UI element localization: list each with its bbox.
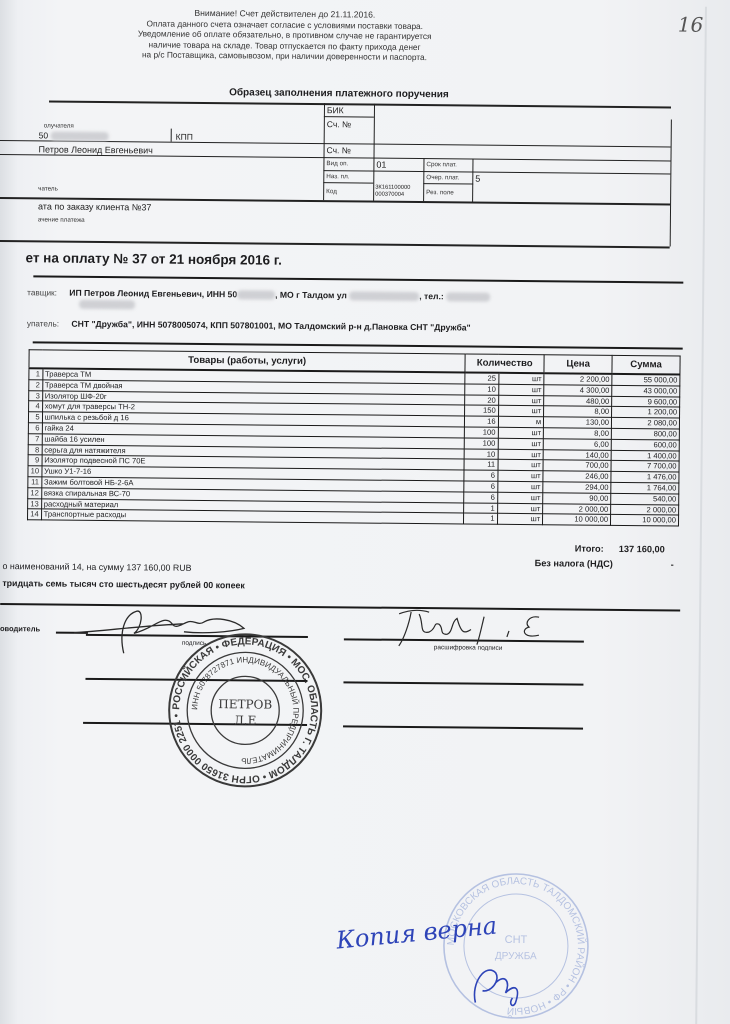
payment-sample-box: олучателя 50 КПП Петров Леонид Евгеньеви…: [0, 100, 671, 246]
cell-unit: шт: [498, 395, 544, 406]
ocher-label: Очер. плат.: [426, 174, 459, 181]
cell-sum: 10 000,00: [611, 515, 679, 526]
blue-signature-icon: [460, 952, 531, 1013]
handwritten-name-icon: [389, 604, 589, 651]
buyer-label: упатель:: [27, 319, 59, 328]
paper-edge: [695, 7, 707, 1024]
divider: [323, 103, 325, 200]
cell-qty: 1: [464, 513, 498, 524]
cell-qty: 100: [464, 427, 498, 438]
cell-unit: шт: [497, 481, 543, 492]
recipient-name: Петров Леонид Евгеньевич: [39, 144, 153, 155]
cell-qty: 25: [465, 372, 499, 384]
recipient-inn-label: олучателя: [44, 122, 74, 129]
supplier-name: ИП Петров Леонид Евгеньевич, ИНН 50: [69, 288, 237, 300]
invoice-title: ет на оплату № 37 от 21 ноября 2016 г.: [25, 250, 281, 267]
cell-price: 90,00: [543, 493, 611, 504]
cell-n: 6: [28, 423, 42, 434]
cell-qty: 20: [465, 395, 499, 406]
cell-sum: 800,00: [611, 428, 679, 439]
supplier-line-2: [79, 299, 135, 310]
cell-sum: 540,00: [611, 493, 679, 504]
cell-unit: шт: [498, 460, 544, 471]
redacted: [237, 291, 275, 300]
cell-unit: шт: [498, 438, 544, 449]
rez-label: Рез. поле: [426, 189, 454, 196]
bik-label: БИК: [327, 105, 344, 115]
cell-price: 4 300,00: [544, 385, 612, 396]
cell-n: 12: [28, 488, 42, 499]
ocher-value: 5: [475, 174, 480, 184]
vid-op-label: Вид оп.: [326, 160, 348, 167]
cell-unit: шт: [497, 503, 543, 514]
supplier-address: , МО г Талдом ул: [275, 290, 347, 301]
col-sum: Сумма: [612, 355, 680, 374]
cell-sum: 2 080,00: [612, 418, 680, 429]
cell-n: 4: [29, 401, 43, 412]
divider: [49, 100, 671, 107]
naz-pl-label: Наз. пл.: [326, 173, 349, 180]
cell-sum: 7 700,00: [611, 461, 679, 472]
cell-n: 7: [28, 434, 42, 445]
cell-price: 130,00: [544, 417, 612, 428]
cell-unit: шт: [498, 406, 544, 417]
cell-n: 9: [28, 455, 42, 466]
cell-sum: 2 000,00: [611, 504, 679, 515]
redacted-inn: [50, 132, 108, 142]
cell-price: 8,00: [544, 428, 612, 439]
signature-block: оводитель подпись расшифровка подписи: [0, 0, 730, 7]
sig-line: [343, 725, 583, 729]
cell-unit: м: [498, 416, 544, 427]
cell-qty: 100: [464, 438, 498, 449]
cell-price: 294,00: [543, 482, 611, 493]
items-count-line: о наименований 14, на сумму 137 160,00 R…: [3, 561, 192, 573]
corr-account-label: Сч. №: [327, 145, 351, 155]
divider: [171, 129, 172, 142]
stamp2-center-1: СНТ: [505, 934, 528, 946]
title-rule: [33, 275, 683, 283]
srok-label: Срок плат.: [426, 161, 457, 168]
cell-price: 2 000,00: [543, 503, 611, 514]
head-label: оводитель: [0, 624, 40, 633]
cell-sum: 1 400,00: [611, 450, 679, 461]
buyer-line: упатель: СНТ "Дружба", ИНН 5078005074, К…: [27, 318, 471, 332]
cell-unit: шт: [497, 492, 543, 503]
redacted: [446, 293, 490, 302]
cell-qty: 10: [465, 384, 499, 395]
cell-n: 13: [28, 498, 42, 509]
cell-sum: 1 764,00: [611, 482, 679, 493]
cell-price: 700,00: [543, 460, 611, 471]
vat-label: Без налога (НДС): [535, 558, 613, 569]
cell-qty: 6: [464, 470, 498, 481]
invoice-page: Внимание! Счет действителен до 21.11.201…: [0, 0, 730, 1024]
cell-unit: шт: [498, 384, 544, 395]
stamp-center-2: Л.Е: [234, 713, 257, 727]
cell-n: 1: [29, 368, 43, 379]
cell-unit: шт: [497, 514, 543, 525]
stamp-center-1: ПЕТРОВ: [218, 697, 272, 712]
cell-qty: 1: [464, 503, 498, 514]
cell-unit: шт: [498, 470, 544, 481]
col-qty: Количество: [465, 354, 544, 373]
divider: [323, 170, 670, 174]
cell-n: 14: [28, 509, 42, 520]
sig-line: [343, 681, 583, 685]
cell-qty: 11: [464, 459, 498, 470]
cell-price: 10 000,00: [543, 514, 611, 525]
notice-line: на р/с Поставщика, самовывозом, при нали…: [119, 49, 449, 63]
payment-purpose-label: ачение платежа: [38, 216, 85, 223]
cell-price: 246,00: [543, 471, 611, 482]
vid-op-value: 01: [376, 160, 386, 170]
cell-price: 8,00: [544, 406, 612, 417]
divider: [0, 240, 670, 248]
recipient-inn: 50: [39, 130, 109, 141]
cell-sum: 55 000,00: [612, 374, 680, 386]
divider: [472, 159, 473, 202]
vat-value: -: [671, 559, 674, 569]
total-value: 137 160,00: [619, 544, 665, 554]
payment-purpose: ата по заказу клиента №37: [38, 201, 151, 212]
cell-unit: шт: [498, 427, 544, 438]
cell-sum: 1 200,00: [612, 407, 680, 418]
cell-qty: 6: [464, 492, 498, 503]
redacted: [349, 292, 419, 302]
divider: [670, 119, 672, 246]
redacted: [79, 300, 135, 310]
cell-price: 6,00: [543, 439, 611, 450]
cell-sum: 1 476,00: [611, 472, 679, 483]
supplier-label: тавщик:: [27, 288, 57, 297]
cell-sum: 600,00: [611, 439, 679, 450]
supplier-phone-label: , тел.:: [419, 291, 444, 301]
cell-n: 2: [29, 380, 43, 391]
cell-sum: 9 600,00: [612, 396, 680, 407]
cell-qty: 150: [465, 405, 499, 416]
account-label: Сч. №: [327, 119, 351, 129]
cell-qty: 6: [464, 481, 498, 492]
cell-price: 140,00: [543, 449, 611, 460]
inn-prefix: 50: [39, 130, 49, 140]
cell-qty: 10: [464, 449, 498, 460]
divider: [323, 182, 373, 183]
cell-price: 480,00: [544, 395, 612, 406]
handwritten-page-number: 16: [678, 13, 704, 37]
cell-n: 10: [28, 466, 42, 477]
buyer-details: СНТ "Дружба", ИНН 5078005074, КПП 507801…: [71, 319, 470, 333]
divider: [324, 116, 374, 117]
kod-value-line: 000370004: [375, 192, 410, 199]
payment-sample-title: Образец заполнения платежного поручения: [229, 87, 449, 100]
cell-qty: 16: [465, 416, 499, 427]
kod-value: 3К161100000 000370004: [375, 185, 410, 199]
cell-unit: шт: [498, 449, 544, 460]
kod-label: Код: [326, 188, 337, 195]
amount-in-words: тридцать семь тысяч сто шестьдесят рубле…: [2, 578, 244, 590]
validity-notice: Внимание! Счет действителен до 21.11.201…: [119, 7, 449, 63]
divider: [423, 183, 473, 184]
goods-table: Товары (работы, услуги) Количество Цена …: [27, 349, 681, 526]
divider: [423, 158, 424, 201]
payer-label: чатель: [38, 185, 58, 192]
cell-n: 5: [28, 412, 42, 423]
cell-n: 11: [28, 477, 42, 488]
cell-n: 3: [29, 390, 43, 401]
cell-sum: 43 000,00: [612, 385, 680, 396]
col-price: Цена: [544, 355, 612, 374]
cell-unit: шт: [498, 373, 544, 385]
cell-price: 2 200,00: [544, 373, 612, 385]
cell-n: 8: [28, 444, 42, 455]
total-label: Итого:: [575, 544, 604, 554]
seal-stamp-icon: РОССИЙСКАЯ • ФЕДЕРАЦИЯ • МОС. ОБЛАСТЬ Г.…: [164, 630, 326, 792]
kpp-label: КПП: [176, 132, 193, 142]
buyer-rule: [33, 341, 683, 349]
